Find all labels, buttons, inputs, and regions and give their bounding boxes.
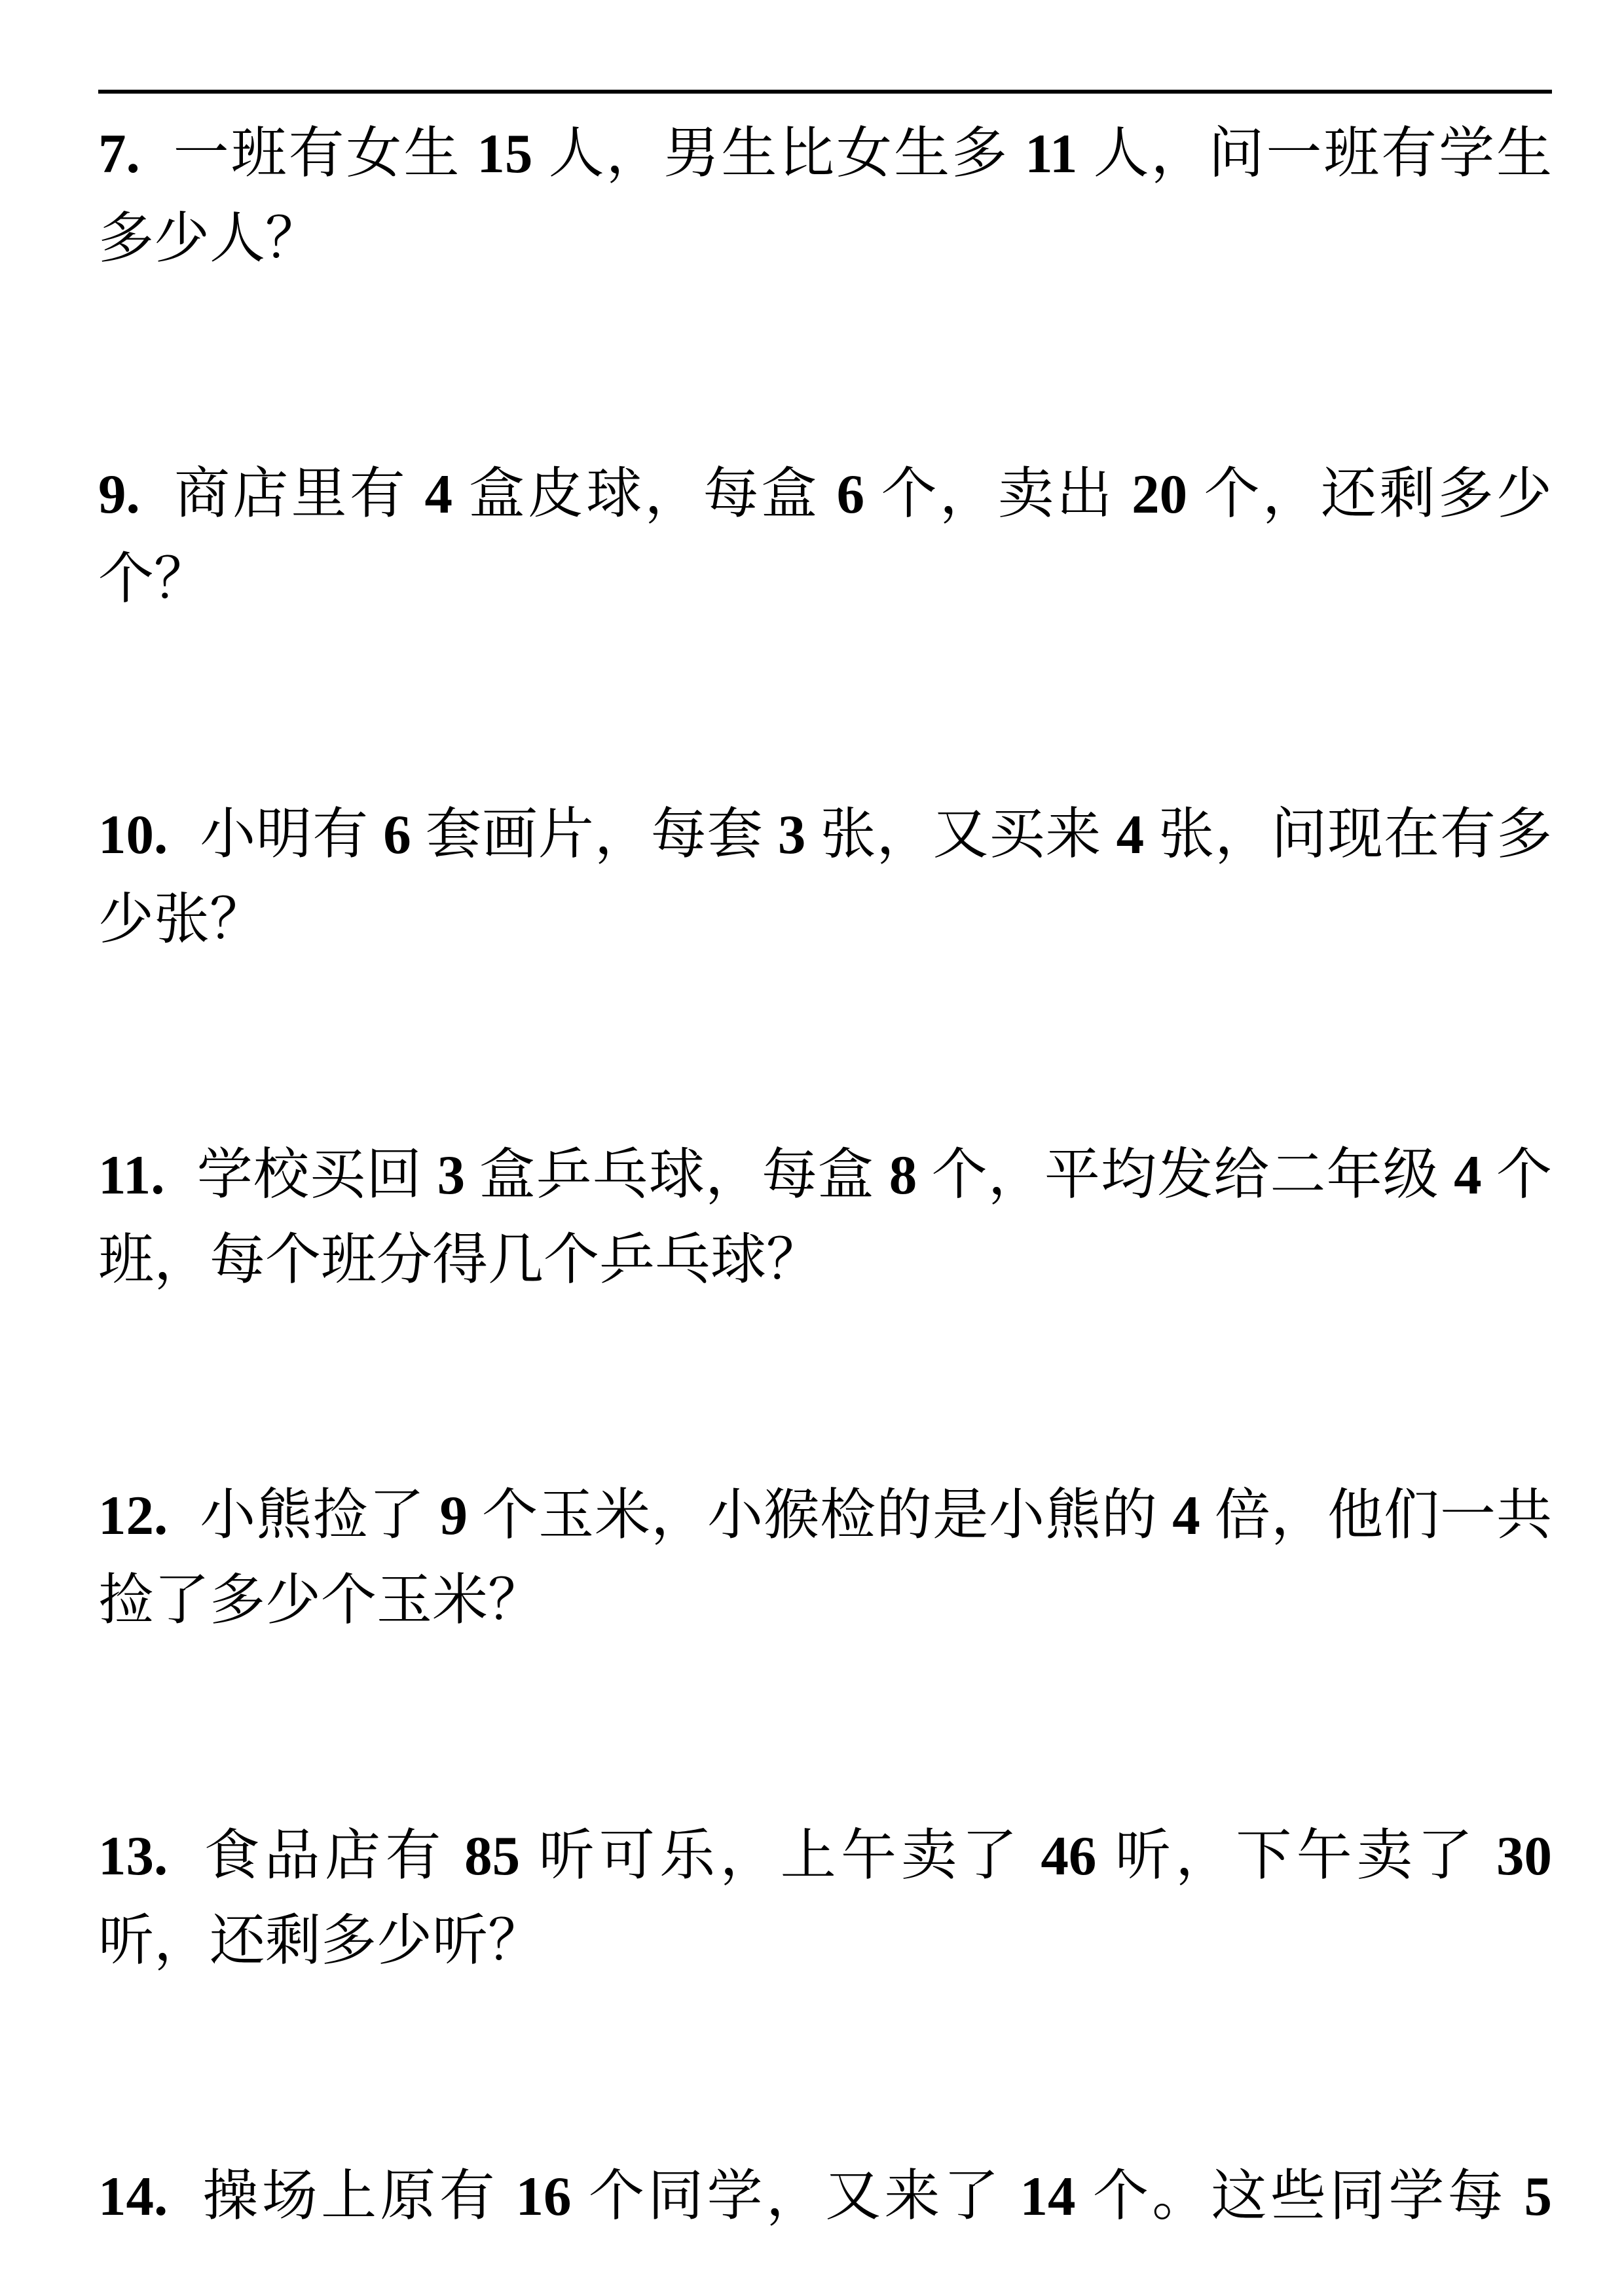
- text-run: 人，男生比女生多: [532, 123, 1025, 185]
- problem-text: 小熊捡了 9 个玉米，小猴检的是小熊的 4 倍，他们一共捡了多少个玉米？: [98, 1485, 1552, 1631]
- numeral: 6: [837, 464, 865, 525]
- problem-item: 10.小明有 6 套画片，每套 3 张，又买来 4 张，问现在有多少张？: [98, 792, 1552, 962]
- problem-number: 10.: [98, 804, 168, 866]
- problem-number: 14.: [98, 2166, 168, 2227]
- numeral: 9: [439, 1485, 468, 1546]
- text-run: 小明有: [199, 804, 383, 866]
- numeral: 4: [1454, 1144, 1482, 1206]
- worksheet-page: 7.一班有女生 15 人，男生比女生多 11 人，问一班有学生多少人？ 9.商店…: [0, 0, 1624, 2296]
- numeral: 20: [1132, 464, 1187, 525]
- numeral: 15: [477, 123, 532, 185]
- problem-number: 12.: [98, 1485, 168, 1546]
- text-run: 学校买回: [196, 1144, 437, 1206]
- numeral: 4: [1172, 1485, 1200, 1546]
- text-run: 一班有女生: [172, 123, 477, 185]
- numeral: 3: [778, 804, 806, 866]
- numeral: 6: [383, 804, 411, 866]
- text-run: 个。这些同学每: [1075, 2166, 1524, 2227]
- problem-text: 操场上原有 16 个同学，又来了 14 个。这些同学每 5: [199, 2166, 1552, 2227]
- numeral: 16: [515, 2166, 571, 2227]
- problem-list: 7.一班有女生 15 人，男生比女生多 11 人，问一班有学生多少人？ 9.商店…: [98, 111, 1552, 2239]
- text-run: 个，卖出: [864, 464, 1132, 525]
- text-run: 个玉米，小猴检的是小熊的: [468, 1485, 1172, 1546]
- numeral: 11: [1025, 123, 1077, 185]
- problem-item: 12.小熊捡了 9 个玉米，小猴检的是小熊的 4 倍，他们一共捡了多少个玉米？: [98, 1473, 1552, 1643]
- problem-text: 食品店有 85 听可乐，上午卖了 46 听，下午卖了 30 听，还剩多少听？: [98, 1825, 1552, 1972]
- numeral: 14: [1020, 2166, 1075, 2227]
- text-run: 张，又买来: [805, 804, 1116, 866]
- problem-number: 13.: [98, 1825, 168, 1887]
- text-run: 食品店有: [199, 1825, 464, 1887]
- text-run: 盒乒乓球，每盒: [465, 1144, 889, 1206]
- numeral: 8: [889, 1144, 917, 1206]
- top-divider: [98, 90, 1552, 94]
- problem-number: 7.: [98, 123, 140, 185]
- problem-text: 小明有 6 套画片，每套 3 张，又买来 4 张，问现在有多少张？: [98, 804, 1552, 951]
- numeral: 30: [1496, 1825, 1552, 1887]
- problem-text: 商店里有 4 盒皮球，每盒 6 个，卖出 20 个，还剩多少个？: [98, 464, 1552, 610]
- text-run: 个，平均发给二年级: [917, 1144, 1454, 1206]
- numeral: 85: [464, 1825, 520, 1887]
- problem-item: 7.一班有女生 15 人，男生比女生多 11 人，问一班有学生多少人？: [98, 111, 1552, 282]
- problem-item: 13.食品店有 85 听可乐，上午卖了 46 听，下午卖了 30 听，还剩多少听…: [98, 1813, 1552, 1984]
- problem-number: 11.: [98, 1144, 165, 1206]
- numeral: 5: [1524, 2166, 1552, 2227]
- text-run: 套画片，每套: [411, 804, 778, 866]
- text-run: 听，下午卖了: [1096, 1825, 1496, 1887]
- problem-item: 9.商店里有 4 盒皮球，每盒 6 个，卖出 20 个，还剩多少个？: [98, 452, 1552, 622]
- text-run: 听可乐，上午卖了: [520, 1825, 1041, 1887]
- numeral: 3: [437, 1144, 466, 1206]
- text-run: 听，还剩多少听？: [98, 1910, 544, 1972]
- text-run: 个同学，又来了: [571, 2166, 1020, 2227]
- problem-text: 一班有女生 15 人，男生比女生多 11 人，问一班有学生多少人？: [98, 123, 1552, 270]
- text-run: 盒皮球，每盒: [452, 464, 837, 525]
- problem-text: 学校买回 3 盒乒乓球，每盒 8 个，平均发给二年级 4 个班，每个班分得几个乒…: [98, 1144, 1552, 1291]
- text-run: 商店里有: [172, 464, 425, 525]
- problem-item: 14.操场上原有 16 个同学，又来了 14 个。这些同学每 5: [98, 2154, 1552, 2239]
- numeral: 4: [425, 464, 453, 525]
- problem-number: 9.: [98, 464, 140, 525]
- problem-item: 11.学校买回 3 盒乒乓球，每盒 8 个，平均发给二年级 4 个班，每个班分得…: [98, 1133, 1552, 1303]
- text-run: 小熊捡了: [199, 1485, 439, 1546]
- text-run: 操场上原有: [199, 2166, 515, 2227]
- numeral: 4: [1116, 804, 1145, 866]
- numeral: 46: [1041, 1825, 1096, 1887]
